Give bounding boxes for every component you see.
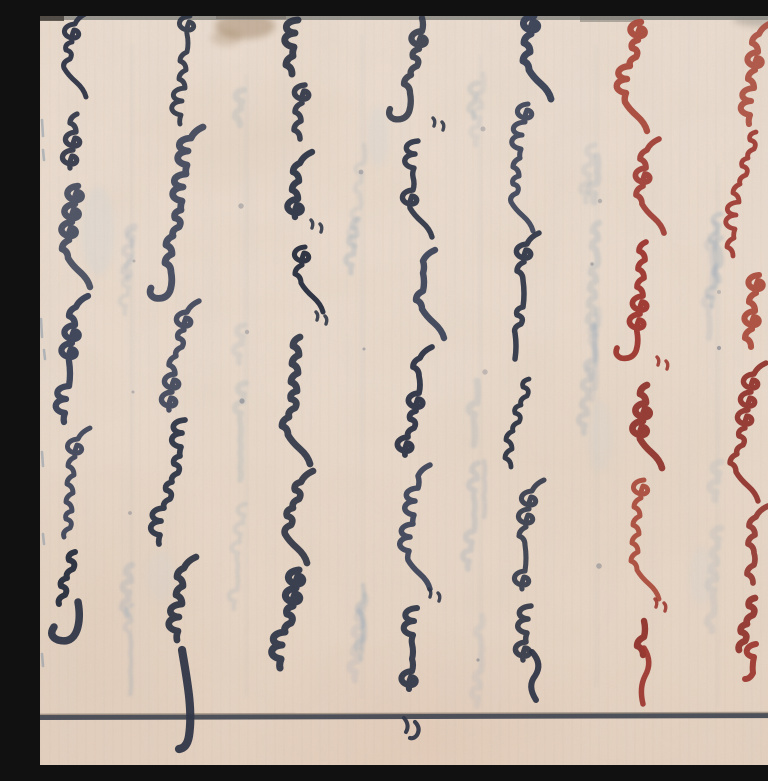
manuscript-art xyxy=(40,16,768,765)
manuscript-photo xyxy=(40,16,768,765)
photo-grain xyxy=(40,16,768,765)
